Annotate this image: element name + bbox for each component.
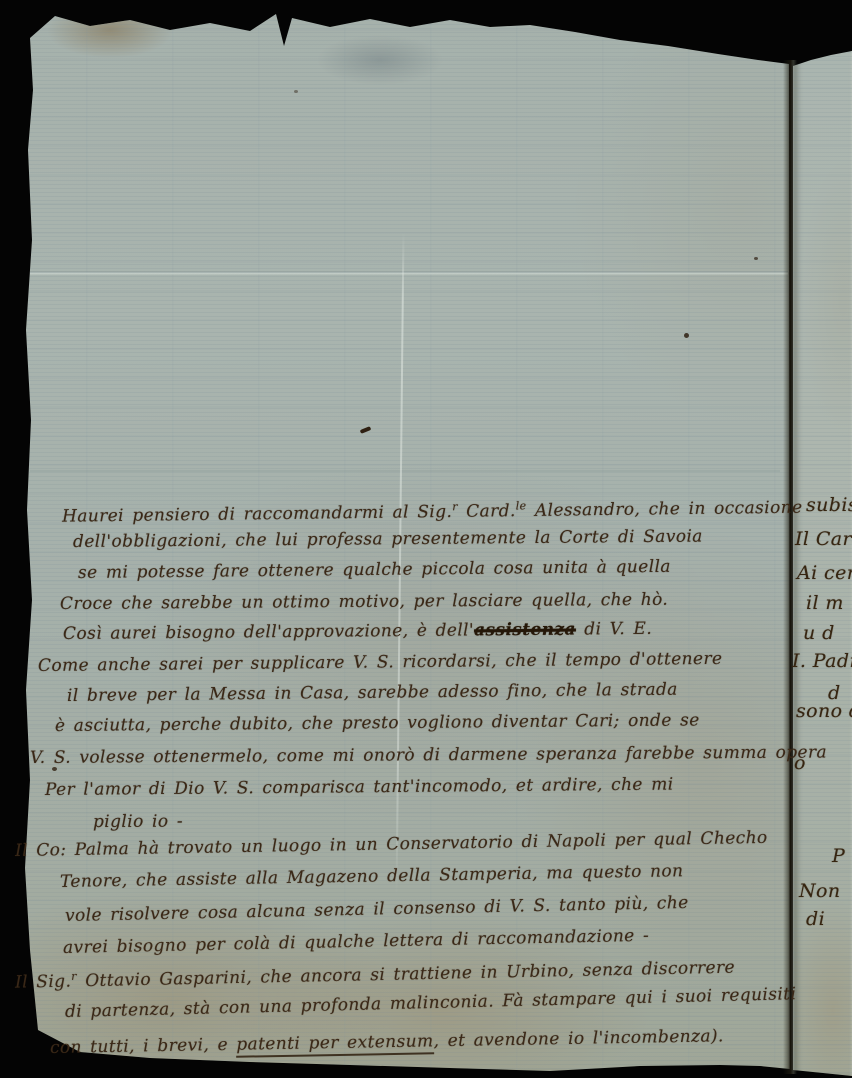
manuscript-text-segment: le (516, 499, 527, 512)
manuscript-text-segment: V. S. volesse ottenermelo, come mi onorò… (30, 742, 827, 768)
horizontal-fold-crease (30, 271, 788, 275)
manuscript-scan: Haurei pensiero di raccomandarmi al Sig.… (0, 0, 852, 1078)
manuscript-text-segment: Card. (458, 501, 516, 522)
manuscript-text-segment: Il Sig. (15, 971, 72, 992)
adjacent-page-line-fragment: subis (806, 494, 852, 516)
adjacent-page-line-fragment: di (806, 908, 825, 930)
manuscript-text-segment: il breve per la Messa in Casa, sarebbe a… (67, 680, 678, 706)
adjacent-page-line-fragment: P (832, 845, 845, 867)
manuscript-text-segment: Haurei pensiero di raccomandarmi al Sig. (62, 502, 452, 527)
ink-speck (294, 90, 298, 93)
faint-horizontal-crease (30, 470, 780, 472)
manuscript-text-segment: se mi potesse fare ottenere qualche picc… (78, 557, 671, 583)
adjacent-page-line-fragment: Non (799, 880, 841, 902)
manuscript-text-segment: Croce che sarebbe un ottimo motivo, per … (60, 590, 668, 614)
manuscript-text-segment: di V. E. (576, 619, 652, 640)
manuscript-text-segment: è asciutta, perche dubito, che presto vo… (55, 710, 700, 736)
adjacent-page-line-fragment: Ai cen (797, 562, 852, 584)
adjacent-page-line-fragment: I. Padr (792, 650, 852, 672)
adjacent-page-line-fragment: o (794, 752, 806, 774)
manuscript-text-segment: con tutti, i brevi, e (50, 1035, 237, 1058)
ink-speck (684, 333, 689, 338)
manuscript-line: piglio io - (93, 810, 183, 834)
manuscript-text-segment: assistenza (474, 620, 576, 641)
manuscript-text-segment: Alessandro, che in occasione (526, 498, 802, 521)
ink-speck (360, 426, 372, 434)
manuscript-line: Così aurei bisogno dell'approvazione, è … (63, 617, 652, 646)
adjacent-page-line-fragment: il m (806, 592, 844, 614)
manuscript-text-segment: Per l'amor di Dio V. S. comparisca tant'… (45, 775, 674, 800)
manuscript-text-segment: Così aurei bisogno dell'approvazione, è … (63, 620, 474, 644)
adjacent-page-line-fragment: sono d (796, 700, 852, 722)
manuscript-line: Croce che sarebbe un ottimo motivo, per … (60, 588, 668, 616)
manuscript-text-segment: dell'obbligazioni, che lui professa pres… (73, 527, 703, 552)
manuscript-text-segment: patenti per extensum (236, 1031, 434, 1057)
adjacent-page-line-fragment: u d (803, 622, 835, 644)
ink-speck (754, 257, 758, 260)
adjacent-page-line-fragment: Il Card. (795, 528, 852, 550)
manuscript-text-segment: , et avendone io l'incombenza). (433, 1026, 724, 1051)
manuscript-text-segment: piglio io - (93, 812, 183, 832)
